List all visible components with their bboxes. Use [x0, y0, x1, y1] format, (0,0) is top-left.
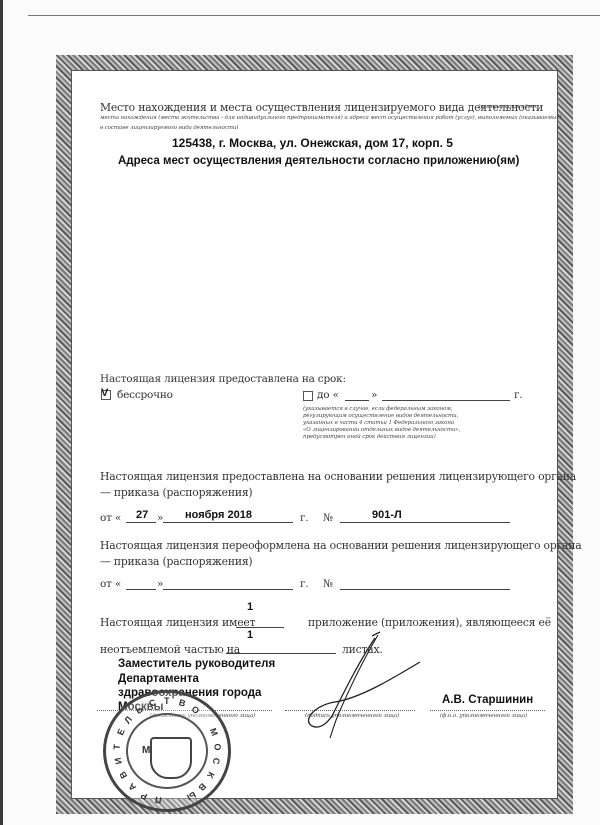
appendix-line-2-prefix: неотъемлемой частью на: [100, 643, 240, 656]
signer-position-2: Департамента: [118, 673, 199, 685]
term-indefinite-checkbox[interactable]: V: [101, 390, 111, 400]
scan-edge: [0, 0, 3, 825]
term-until-day-field[interactable]: [345, 400, 369, 401]
reissued-year-suffix: г.: [300, 578, 308, 590]
granted-number-label: №: [323, 512, 333, 524]
location-note-2: места нахождения (место жительства - для…: [100, 115, 561, 121]
caption-name: (ф.и.о. уполномоченного лица): [440, 713, 527, 719]
reissued-line-1: Настоящая лицензия переоформлена на осно…: [100, 539, 581, 552]
granted-day-field: [126, 522, 156, 523]
granted-number: 901-Л: [372, 509, 402, 521]
granted-line-2: — приказа (распоряжения): [100, 486, 252, 499]
granted-number-field: [340, 522, 510, 523]
granted-line-1: Настоящая лицензия предоставлена на осно…: [100, 470, 576, 483]
official-seal: М ПРАВИТЕЛЬСТВО МОСКВЫ: [103, 690, 231, 812]
term-indefinite-label: бессрочно: [117, 389, 173, 401]
signer-name: А.В. Старшинин: [442, 694, 533, 706]
granted-day: 27: [136, 509, 148, 521]
appendix-line-1-suffix: приложение (приложения), являющееся её: [308, 616, 551, 629]
signer-position-1: Заместитель руководителя: [118, 658, 275, 670]
location-heading: Место нахождения и места осуществления л…: [100, 101, 543, 114]
reissued-day-field[interactable]: [126, 589, 156, 590]
term-until-month-field[interactable]: [382, 400, 510, 401]
term-footnote-3: указанных в части 4 статьи 1 Федеральног…: [303, 420, 454, 426]
term-until-quote: »: [371, 389, 377, 401]
reissued-from-label: от «: [100, 578, 121, 590]
checkmark-icon: V: [101, 387, 108, 399]
reissued-number-label: №: [323, 578, 333, 590]
location-note-3: в составе лицензируемого вида деятельнос…: [100, 125, 238, 131]
license-address: 125438, г. Москва, ул. Онежская, дом 17,…: [172, 136, 453, 150]
sheet-count: 1: [247, 629, 253, 641]
term-label: Настоящая лицензия предоставлена на срок…: [100, 373, 346, 385]
handwritten-signature: [290, 630, 430, 740]
term-footnote-4: «О лицензировании отдельных видов деятел…: [303, 427, 460, 433]
appendix-count-field: [236, 627, 284, 628]
appendix-count: 1: [247, 601, 253, 613]
granted-from-label: от «: [100, 512, 121, 524]
term-footnote-5: предусмотрен иной срок действия лицензии…: [303, 434, 436, 440]
reissued-number-field[interactable]: [340, 589, 510, 590]
addresses-annex-note: Адреса мест осуществления деятельности с…: [118, 155, 519, 167]
name-line: [430, 710, 545, 711]
term-footnote-2: регулирующим осуществление видов деятель…: [303, 413, 458, 419]
appendix-line-1-prefix: Настоящая лицензия имеет: [100, 616, 255, 629]
granted-month-field: [163, 522, 293, 523]
term-footnote-1: (указывается в случае, если федеральным …: [303, 406, 452, 412]
page-top-line: [28, 15, 600, 16]
reissued-month-field[interactable]: [163, 589, 293, 590]
granted-year-suffix: г.: [300, 512, 308, 524]
granted-month-year: ноября 2018: [185, 509, 252, 521]
term-until-checkbox[interactable]: [303, 391, 313, 401]
location-note-1: (указываются адрес: [478, 104, 537, 110]
seal-ring-text: ПРАВИТЕЛЬСТВО МОСКВЫ: [106, 693, 228, 809]
term-until-prefix: до «: [317, 389, 339, 401]
reissued-line-2: — приказа (распоряжения): [100, 555, 252, 568]
term-until-year-suffix: г.: [514, 389, 522, 401]
